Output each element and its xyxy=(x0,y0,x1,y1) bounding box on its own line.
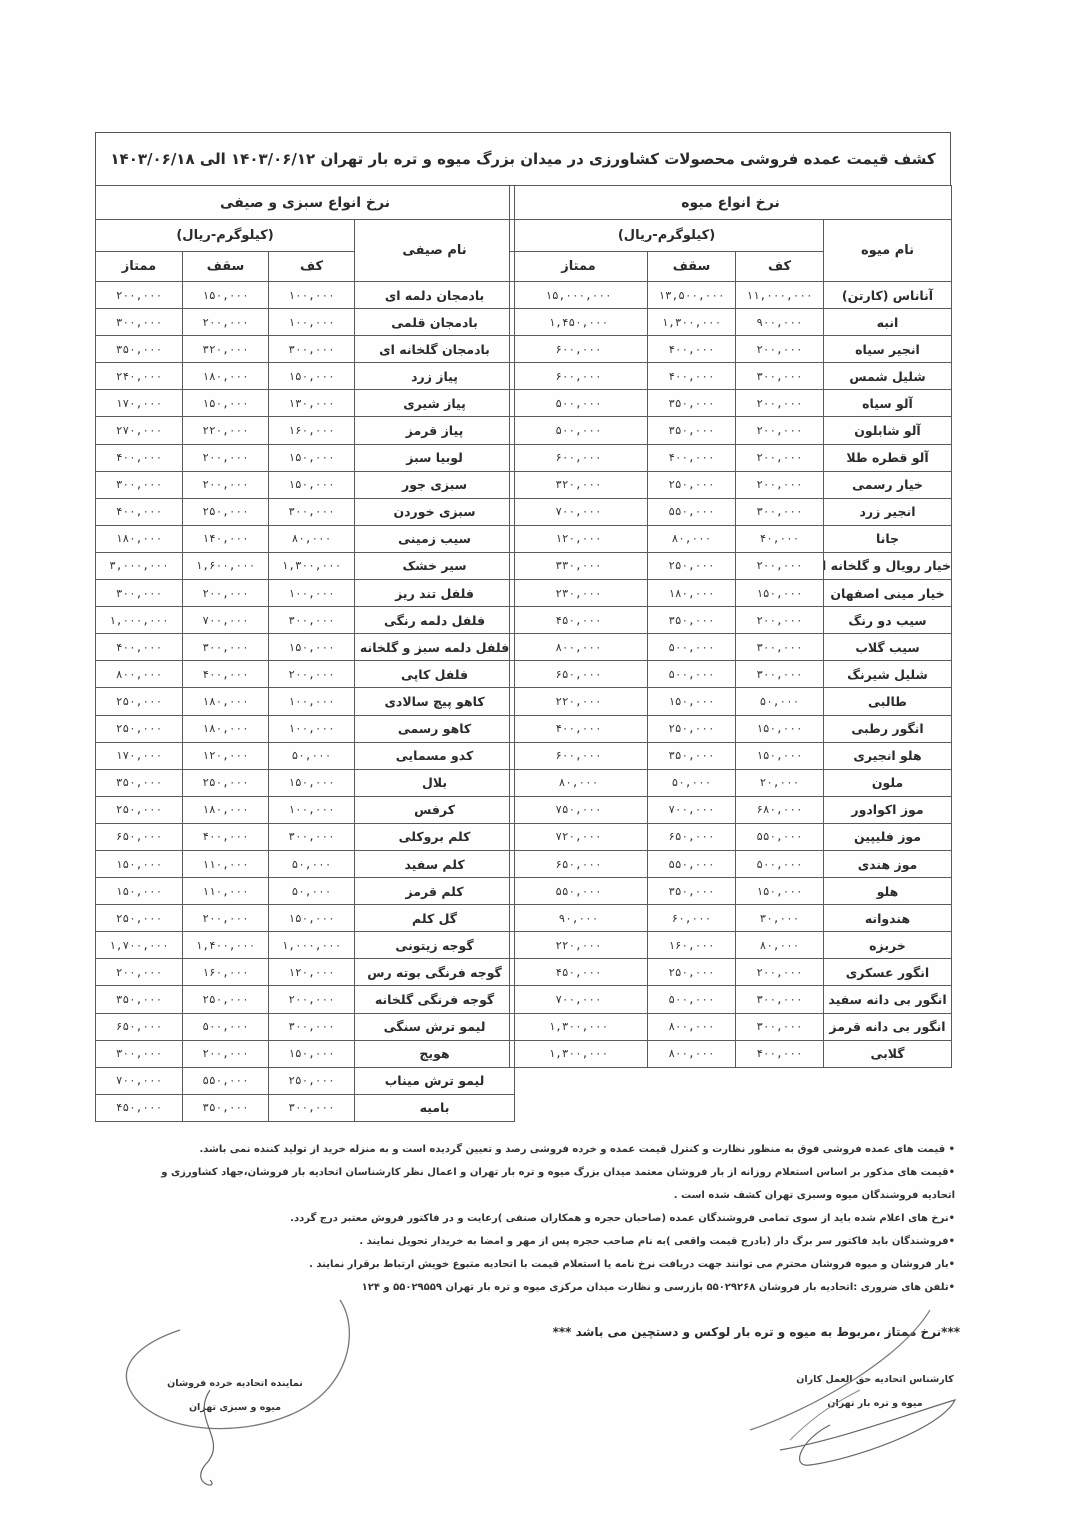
fruit-table-row: خیار مینی اصفهان۱۵۰,۰۰۰۱۸۰,۰۰۰۲۳۰,۰۰۰ xyxy=(510,580,952,607)
fruit-cell-name: موز هندی xyxy=(824,850,952,877)
veg-cell-name: سبزی جور xyxy=(355,471,515,498)
veg-cell-kaf: ۱۵۰,۰۰۰ xyxy=(269,769,355,796)
veg-cell-saqf: ۲۲۰,۰۰۰ xyxy=(183,417,269,444)
fruit-cell-momtaz: ۱,۴۵۰,۰۰۰ xyxy=(510,309,648,336)
fruit-cell-kaf: ۳۰۰,۰۰۰ xyxy=(736,634,824,661)
veg-cell-name: کرفس xyxy=(355,796,515,823)
veg-cell-momtaz: ۴۰۰,۰۰۰ xyxy=(96,444,183,471)
fruit-cell-momtaz: ۸۰,۰۰۰ xyxy=(510,769,648,796)
fruit-cell-kaf: ۳۰۰,۰۰۰ xyxy=(736,498,824,525)
fruit-table-row: سیب دو رنگ۲۰۰,۰۰۰۳۵۰,۰۰۰۴۵۰,۰۰۰ xyxy=(510,607,952,634)
veg-cell-name: فلفل دلمه رنگی xyxy=(355,607,515,634)
veg-cell-name: لوبیا سبز xyxy=(355,444,515,471)
footnotes: • قیمت های عمده فروشی فوق به منظور نظارت… xyxy=(140,1138,955,1299)
veg-cell-momtaz: ۳۰۰,۰۰۰ xyxy=(96,1040,183,1067)
veg-cell-name: گوجه زیتونی xyxy=(355,932,515,959)
fruit-cell-name: آناناس (کارتن) xyxy=(824,282,952,309)
fruit-cell-kaf: ۶۸۰,۰۰۰ xyxy=(736,796,824,823)
veg-cell-saqf: ۲۵۰,۰۰۰ xyxy=(183,498,269,525)
veg-cell-momtaz: ۲۵۰,۰۰۰ xyxy=(96,905,183,932)
fruit-cell-saqf: ۸۰,۰۰۰ xyxy=(648,525,736,552)
veg-cell-kaf: ۵۰,۰۰۰ xyxy=(269,742,355,769)
veg-section-title: نرخ انواع سبزی و صیفی xyxy=(96,186,515,220)
fruit-cell-kaf: ۹۰۰,۰۰۰ xyxy=(736,309,824,336)
fruit-cell-name: هندوانه xyxy=(824,905,952,932)
fruit-cell-name: انگور بی دانه قرمز xyxy=(824,1013,952,1040)
veg-cell-name: سیر خشک xyxy=(355,552,515,579)
vegetable-table-body: بادمجان دلمه ای۱۰۰,۰۰۰۱۵۰,۰۰۰۲۰۰,۰۰۰بادم… xyxy=(96,282,515,1122)
fruit-table-row: شلیل شیرنگ۳۰۰,۰۰۰۵۰۰,۰۰۰۶۵۰,۰۰۰ xyxy=(510,661,952,688)
veg-cell-saqf: ۱۵۰,۰۰۰ xyxy=(183,282,269,309)
veg-cell-name: بادمجان قلمی xyxy=(355,309,515,336)
premium-rate-note: ***نرخ ممتاز ،مربوط به میوه و تره بار لو… xyxy=(470,1325,960,1339)
veg-cell-saqf: ۱۶۰,۰۰۰ xyxy=(183,959,269,986)
fruit-cell-saqf: ۳۵۰,۰۰۰ xyxy=(648,390,736,417)
fruit-table-row: انگور بی دانه قرمز۳۰۰,۰۰۰۸۰۰,۰۰۰۱,۳۰۰,۰۰… xyxy=(510,1013,952,1040)
fruit-table-row: آناناس (کارتن)۱۱,۰۰۰,۰۰۰۱۳,۵۰۰,۰۰۰۱۵,۰۰۰… xyxy=(510,282,952,309)
veg-cell-momtaz: ۳۰۰,۰۰۰ xyxy=(96,471,183,498)
veg-cell-kaf: ۱۰۰,۰۰۰ xyxy=(269,580,355,607)
veg-cell-momtaz: ۸۰۰,۰۰۰ xyxy=(96,661,183,688)
fruit-cell-momtaz: ۶۰۰,۰۰۰ xyxy=(510,742,648,769)
fruit-cell-name: موز فلیپین xyxy=(824,823,952,850)
veg-cell-momtaz: ۱۷۰,۰۰۰ xyxy=(96,390,183,417)
veg-cell-saqf: ۴۰۰,۰۰۰ xyxy=(183,823,269,850)
fruit-cell-saqf: ۷۰۰,۰۰۰ xyxy=(648,796,736,823)
veg-cell-momtaz: ۶۵۰,۰۰۰ xyxy=(96,1013,183,1040)
fruit-cell-momtaz: ۶۵۰,۰۰۰ xyxy=(510,661,648,688)
veg-cell-saqf: ۳۵۰,۰۰۰ xyxy=(183,1094,269,1121)
fruit-cell-saqf: ۵۵۰,۰۰۰ xyxy=(648,498,736,525)
fruit-cell-kaf: ۳۰۰,۰۰۰ xyxy=(736,986,824,1013)
fruit-cell-momtaz: ۶۰۰,۰۰۰ xyxy=(510,336,648,363)
veg-cell-kaf: ۱,۰۰۰,۰۰۰ xyxy=(269,932,355,959)
fruit-cell-kaf: ۱۵۰,۰۰۰ xyxy=(736,715,824,742)
fruit-cell-saqf: ۴۰۰,۰۰۰ xyxy=(648,363,736,390)
note-6-phones: •تلفن های ضروری :اتحادیه بار فروشان ۵۵۰۲… xyxy=(140,1276,955,1299)
fruit-cell-kaf: ۱۵۰,۰۰۰ xyxy=(736,742,824,769)
fruit-table-row: انگور عسکری۲۰۰,۰۰۰۲۵۰,۰۰۰۴۵۰,۰۰۰ xyxy=(510,959,952,986)
fruit-cell-momtaz: ۳۳۰,۰۰۰ xyxy=(510,552,648,579)
veg-cell-saqf: ۱۸۰,۰۰۰ xyxy=(183,363,269,390)
fruit-col-momtaz: ممتاز xyxy=(510,252,648,282)
veg-table-row: پیاز شیری۱۳۰,۰۰۰۱۵۰,۰۰۰۱۷۰,۰۰۰ xyxy=(96,390,515,417)
veg-cell-name: لیمو ترش سنگی xyxy=(355,1013,515,1040)
veg-cell-saqf: ۱۸۰,۰۰۰ xyxy=(183,688,269,715)
fruit-cell-saqf: ۵۰۰,۰۰۰ xyxy=(648,661,736,688)
veg-table-row: لوبیا سبز۱۵۰,۰۰۰۲۰۰,۰۰۰۴۰۰,۰۰۰ xyxy=(96,444,515,471)
veg-cell-momtaz: ۴۰۰,۰۰۰ xyxy=(96,498,183,525)
fruit-cell-kaf: ۴۰,۰۰۰ xyxy=(736,525,824,552)
fruit-cell-momtaz: ۶۵۰,۰۰۰ xyxy=(510,850,648,877)
fruit-col-kaf: کف xyxy=(736,252,824,282)
veg-cell-momtaz: ۱,۰۰۰,۰۰۰ xyxy=(96,607,183,634)
fruit-cell-saqf: ۵۰۰,۰۰۰ xyxy=(648,634,736,661)
fruit-cell-name: شلیل شمس xyxy=(824,363,952,390)
veg-cell-kaf: ۵۰,۰۰۰ xyxy=(269,878,355,905)
fruit-cell-kaf: ۸۰,۰۰۰ xyxy=(736,932,824,959)
signature-left-line-2: میوه و سبزی تهران xyxy=(160,1396,310,1420)
veg-cell-kaf: ۱۳۰,۰۰۰ xyxy=(269,390,355,417)
veg-table-row: بادمجان گلخانه ای۳۰۰,۰۰۰۳۲۰,۰۰۰۳۵۰,۰۰۰ xyxy=(96,336,515,363)
veg-cell-momtaz: ۱,۷۰۰,۰۰۰ xyxy=(96,932,183,959)
veg-col-momtaz: ممتاز xyxy=(96,252,183,282)
veg-cell-saqf: ۱۲۰,۰۰۰ xyxy=(183,742,269,769)
veg-cell-saqf: ۲۰۰,۰۰۰ xyxy=(183,471,269,498)
veg-cell-momtaz: ۴۵۰,۰۰۰ xyxy=(96,1094,183,1121)
veg-cell-saqf: ۵۰۰,۰۰۰ xyxy=(183,1013,269,1040)
veg-cell-saqf: ۳۲۰,۰۰۰ xyxy=(183,336,269,363)
fruit-cell-name: انجیر زرد xyxy=(824,498,952,525)
veg-cell-momtaz: ۲۵۰,۰۰۰ xyxy=(96,688,183,715)
fruit-cell-kaf: ۲۰۰,۰۰۰ xyxy=(736,390,824,417)
fruit-cell-momtaz: ۲۳۰,۰۰۰ xyxy=(510,580,648,607)
veg-cell-name: سبزی خوردن xyxy=(355,498,515,525)
fruit-cell-momtaz: ۱,۳۰۰,۰۰۰ xyxy=(510,1013,648,1040)
note-5: •بار فروشان و میوه فروشان محترم می توانن… xyxy=(140,1253,955,1276)
fruit-table-row: ملون۲۰,۰۰۰۵۰,۰۰۰۸۰,۰۰۰ xyxy=(510,769,952,796)
fruit-cell-momtaz: ۷۵۰,۰۰۰ xyxy=(510,796,648,823)
veg-cell-name: بادمجان دلمه ای xyxy=(355,282,515,309)
fruit-cell-saqf: ۳۵۰,۰۰۰ xyxy=(648,878,736,905)
fruit-cell-name: هلو xyxy=(824,878,952,905)
veg-table-row: لیمو ترش میناب۲۵۰,۰۰۰۵۵۰,۰۰۰۷۰۰,۰۰۰ xyxy=(96,1067,515,1094)
fruit-table-row: خیار رویال و گلخانه ای۲۰۰,۰۰۰۲۵۰,۰۰۰۳۳۰,… xyxy=(510,552,952,579)
veg-cell-momtaz: ۱۷۰,۰۰۰ xyxy=(96,742,183,769)
fruit-cell-kaf: ۳۰۰,۰۰۰ xyxy=(736,1013,824,1040)
veg-table-row: بلال۱۵۰,۰۰۰۲۵۰,۰۰۰۳۵۰,۰۰۰ xyxy=(96,769,515,796)
veg-cell-name: هویج xyxy=(355,1040,515,1067)
veg-cell-kaf: ۳۰۰,۰۰۰ xyxy=(269,498,355,525)
fruit-cell-name: شلیل شیرنگ xyxy=(824,661,952,688)
fruit-table-row: انجیر سیاه۲۰۰,۰۰۰۴۰۰,۰۰۰۶۰۰,۰۰۰ xyxy=(510,336,952,363)
veg-cell-saqf: ۱۱۰,۰۰۰ xyxy=(183,850,269,877)
fruit-table-row: خربزه۸۰,۰۰۰۱۶۰,۰۰۰۲۲۰,۰۰۰ xyxy=(510,932,952,959)
fruit-table-row: موز هندی۵۰۰,۰۰۰۵۵۰,۰۰۰۶۵۰,۰۰۰ xyxy=(510,850,952,877)
fruit-col-saqf: سقف xyxy=(648,252,736,282)
fruit-cell-momtaz: ۱,۳۰۰,۰۰۰ xyxy=(510,1040,648,1067)
fruit-cell-momtaz: ۹۰,۰۰۰ xyxy=(510,905,648,932)
document-title: کشف قیمت عمده فروشی محصولات کشاورزی در م… xyxy=(95,132,951,186)
veg-table-row: گل کلم۱۵۰,۰۰۰۲۰۰,۰۰۰۲۵۰,۰۰۰ xyxy=(96,905,515,932)
veg-cell-saqf: ۷۰۰,۰۰۰ xyxy=(183,607,269,634)
fruit-cell-momtaz: ۴۵۰,۰۰۰ xyxy=(510,959,648,986)
veg-cell-kaf: ۱۵۰,۰۰۰ xyxy=(269,363,355,390)
fruit-cell-kaf: ۲۰۰,۰۰۰ xyxy=(736,607,824,634)
veg-cell-name: کلم سفید xyxy=(355,850,515,877)
veg-table-row: کلم سفید۵۰,۰۰۰۱۱۰,۰۰۰۱۵۰,۰۰۰ xyxy=(96,850,515,877)
veg-cell-saqf: ۲۰۰,۰۰۰ xyxy=(183,444,269,471)
fruit-cell-name: سیب دو رنگ xyxy=(824,607,952,634)
fruit-cell-saqf: ۱۶۰,۰۰۰ xyxy=(648,932,736,959)
fruit-cell-momtaz: ۲۲۰,۰۰۰ xyxy=(510,688,648,715)
veg-cell-saqf: ۱۸۰,۰۰۰ xyxy=(183,715,269,742)
veg-col-saqf: سقف xyxy=(183,252,269,282)
veg-table-row: هویج۱۵۰,۰۰۰۲۰۰,۰۰۰۳۰۰,۰۰۰ xyxy=(96,1040,515,1067)
veg-cell-name: کاهو رسمی xyxy=(355,715,515,742)
fruit-table-row: خیار رسمی۲۰۰,۰۰۰۲۵۰,۰۰۰۳۲۰,۰۰۰ xyxy=(510,471,952,498)
veg-cell-kaf: ۸۰,۰۰۰ xyxy=(269,525,355,552)
fruit-cell-momtaz: ۴۰۰,۰۰۰ xyxy=(510,715,648,742)
fruit-cell-saqf: ۲۵۰,۰۰۰ xyxy=(648,552,736,579)
fruit-table-row: هلو۱۵۰,۰۰۰۳۵۰,۰۰۰۵۵۰,۰۰۰ xyxy=(510,878,952,905)
fruit-table-row: هندوانه۳۰,۰۰۰۶۰,۰۰۰۹۰,۰۰۰ xyxy=(510,905,952,932)
fruit-cell-saqf: ۵۰,۰۰۰ xyxy=(648,769,736,796)
veg-table-row: سیر خشک۱,۳۰۰,۰۰۰۱,۶۰۰,۰۰۰۳,۰۰۰,۰۰۰ xyxy=(96,552,515,579)
veg-cell-kaf: ۱۵۰,۰۰۰ xyxy=(269,634,355,661)
veg-cell-kaf: ۱۵۰,۰۰۰ xyxy=(269,905,355,932)
note-3: •نرخ های اعلام شده باید از سوی تمامی فرو… xyxy=(140,1207,955,1230)
veg-table-row: کلم قرمز۵۰,۰۰۰۱۱۰,۰۰۰۱۵۰,۰۰۰ xyxy=(96,878,515,905)
fruit-cell-name: موز اکوادور xyxy=(824,796,952,823)
veg-cell-name: پیاز شیری xyxy=(355,390,515,417)
veg-cell-name: کلم بروکلی xyxy=(355,823,515,850)
veg-table-row: کاهو پیچ سالادی۱۰۰,۰۰۰۱۸۰,۰۰۰۲۵۰,۰۰۰ xyxy=(96,688,515,715)
fruit-section-title: نرخ انواع میوه xyxy=(510,186,952,220)
fruit-cell-saqf: ۳۵۰,۰۰۰ xyxy=(648,607,736,634)
veg-cell-name: کاهو پیچ سالادی xyxy=(355,688,515,715)
veg-cell-saqf: ۲۰۰,۰۰۰ xyxy=(183,905,269,932)
fruit-table-row: انبه۹۰۰,۰۰۰۱,۳۰۰,۰۰۰۱,۴۵۰,۰۰۰ xyxy=(510,309,952,336)
veg-cell-name: سیب زمینی xyxy=(355,525,515,552)
veg-cell-kaf: ۱۵۰,۰۰۰ xyxy=(269,1040,355,1067)
fruit-cell-momtaz: ۴۵۰,۰۰۰ xyxy=(510,607,648,634)
fruit-cell-kaf: ۲۰۰,۰۰۰ xyxy=(736,444,824,471)
veg-cell-momtaz: ۷۰۰,۰۰۰ xyxy=(96,1067,183,1094)
fruit-cell-name: طالبی xyxy=(824,688,952,715)
veg-cell-kaf: ۱۰۰,۰۰۰ xyxy=(269,282,355,309)
fruit-cell-momtaz: ۵۰۰,۰۰۰ xyxy=(510,390,648,417)
fruit-cell-kaf: ۳۰۰,۰۰۰ xyxy=(736,363,824,390)
fruit-cell-saqf: ۸۰۰,۰۰۰ xyxy=(648,1040,736,1067)
fruit-table-row: انجیر زرد۳۰۰,۰۰۰۵۵۰,۰۰۰۷۰۰,۰۰۰ xyxy=(510,498,952,525)
veg-table-row: گوجه فرنگی بوته رس۱۲۰,۰۰۰۱۶۰,۰۰۰۲۰۰,۰۰۰ xyxy=(96,959,515,986)
veg-cell-kaf: ۱۵۰,۰۰۰ xyxy=(269,444,355,471)
fruit-cell-name: آلو قطره طلا xyxy=(824,444,952,471)
fruit-cell-saqf: ۶۵۰,۰۰۰ xyxy=(648,823,736,850)
veg-cell-kaf: ۱,۳۰۰,۰۰۰ xyxy=(269,552,355,579)
veg-table-row: فلفل دلمه رنگی۳۰۰,۰۰۰۷۰۰,۰۰۰۱,۰۰۰,۰۰۰ xyxy=(96,607,515,634)
veg-cell-momtaz: ۲۷۰,۰۰۰ xyxy=(96,417,183,444)
note-2: •قیمت های مذکور بر اساس استعلام روزانه ا… xyxy=(140,1161,955,1207)
fruit-cell-saqf: ۴۰۰,۰۰۰ xyxy=(648,444,736,471)
veg-cell-saqf: ۲۵۰,۰۰۰ xyxy=(183,769,269,796)
veg-cell-name: فلفل کاپی xyxy=(355,661,515,688)
veg-name-header: نام صیفی xyxy=(355,220,515,282)
veg-cell-momtaz: ۳۰۰,۰۰۰ xyxy=(96,580,183,607)
fruit-cell-saqf: ۲۵۰,۰۰۰ xyxy=(648,959,736,986)
fruit-cell-name: خیار رسمی xyxy=(824,471,952,498)
fruit-cell-saqf: ۲۵۰,۰۰۰ xyxy=(648,715,736,742)
fruit-cell-name: خیار مینی اصفهان xyxy=(824,580,952,607)
fruit-table-row: آلو قطره طلا۲۰۰,۰۰۰۴۰۰,۰۰۰۶۰۰,۰۰۰ xyxy=(510,444,952,471)
fruit-cell-kaf: ۲۰۰,۰۰۰ xyxy=(736,471,824,498)
veg-table-row: فلفل کاپی۲۰۰,۰۰۰۴۰۰,۰۰۰۸۰۰,۰۰۰ xyxy=(96,661,515,688)
fruit-cell-name: سیب گلاب xyxy=(824,634,952,661)
veg-cell-momtaz: ۲۰۰,۰۰۰ xyxy=(96,959,183,986)
fruit-table-row: آلو شابلون۲۰۰,۰۰۰۳۵۰,۰۰۰۵۰۰,۰۰۰ xyxy=(510,417,952,444)
fruit-cell-saqf: ۸۰۰,۰۰۰ xyxy=(648,1013,736,1040)
veg-table-row: فلفل دلمه سبز و گلخانه۱۵۰,۰۰۰۳۰۰,۰۰۰۴۰۰,… xyxy=(96,634,515,661)
veg-table-row: بادمجان قلمی۱۰۰,۰۰۰۲۰۰,۰۰۰۳۰۰,۰۰۰ xyxy=(96,309,515,336)
fruit-cell-kaf: ۲۰۰,۰۰۰ xyxy=(736,417,824,444)
veg-cell-name: لیمو ترش میناب xyxy=(355,1067,515,1094)
fruit-table-row: انگور رطبی۱۵۰,۰۰۰۲۵۰,۰۰۰۴۰۰,۰۰۰ xyxy=(510,715,952,742)
fruit-cell-saqf: ۱۸۰,۰۰۰ xyxy=(648,580,736,607)
fruit-cell-momtaz: ۵۵۰,۰۰۰ xyxy=(510,878,648,905)
veg-cell-momtaz: ۳۵۰,۰۰۰ xyxy=(96,336,183,363)
fruit-cell-kaf: ۵۵۰,۰۰۰ xyxy=(736,823,824,850)
fruit-cell-name: خربزه xyxy=(824,932,952,959)
fruit-cell-name: آلو سیاه xyxy=(824,390,952,417)
price-list-document: کشف قیمت عمده فروشی محصولات کشاورزی در م… xyxy=(0,0,1080,1527)
veg-cell-saqf: ۱۸۰,۰۰۰ xyxy=(183,796,269,823)
veg-cell-name: بادمجان گلخانه ای xyxy=(355,336,515,363)
veg-cell-name: فلفل تند ریز xyxy=(355,580,515,607)
fruit-cell-momtaz: ۲۲۰,۰۰۰ xyxy=(510,932,648,959)
veg-cell-momtaz: ۱۸۰,۰۰۰ xyxy=(96,525,183,552)
veg-cell-name: کلم قرمز xyxy=(355,878,515,905)
fruit-cell-kaf: ۵۰,۰۰۰ xyxy=(736,688,824,715)
fruit-cell-saqf: ۲۵۰,۰۰۰ xyxy=(648,471,736,498)
signature-left-line-1: نماینده اتحادیه خرده فروشان xyxy=(160,1372,310,1396)
fruit-cell-kaf: ۲۰,۰۰۰ xyxy=(736,769,824,796)
fruit-table-row: انگور بی دانه سفید۳۰۰,۰۰۰۵۰۰,۰۰۰۷۰۰,۰۰۰ xyxy=(510,986,952,1013)
fruit-cell-name: جانا xyxy=(824,525,952,552)
fruit-cell-momtaz: ۶۰۰,۰۰۰ xyxy=(510,363,648,390)
fruit-cell-kaf: ۴۰۰,۰۰۰ xyxy=(736,1040,824,1067)
veg-cell-kaf: ۱۰۰,۰۰۰ xyxy=(269,309,355,336)
veg-table-row: کاهو رسمی۱۰۰,۰۰۰۱۸۰,۰۰۰۲۵۰,۰۰۰ xyxy=(96,715,515,742)
fruit-cell-name: ملون xyxy=(824,769,952,796)
veg-cell-momtaz: ۲۵۰,۰۰۰ xyxy=(96,715,183,742)
veg-cell-momtaz: ۳,۰۰۰,۰۰۰ xyxy=(96,552,183,579)
fruit-cell-saqf: ۳۵۰,۰۰۰ xyxy=(648,417,736,444)
veg-table-row: کدو مسمایی۵۰,۰۰۰۱۲۰,۰۰۰۱۷۰,۰۰۰ xyxy=(96,742,515,769)
veg-cell-saqf: ۵۵۰,۰۰۰ xyxy=(183,1067,269,1094)
veg-cell-kaf: ۱۲۰,۰۰۰ xyxy=(269,959,355,986)
fruit-cell-kaf: ۱۵۰,۰۰۰ xyxy=(736,580,824,607)
veg-cell-kaf: ۳۰۰,۰۰۰ xyxy=(269,1013,355,1040)
fruit-cell-saqf: ۳۵۰,۰۰۰ xyxy=(648,742,736,769)
veg-table-row: گوجه زیتونی۱,۰۰۰,۰۰۰۱,۴۰۰,۰۰۰۱,۷۰۰,۰۰۰ xyxy=(96,932,515,959)
signature-right: کارشناس اتحادیه حق العمل کاران میوه و تر… xyxy=(790,1368,960,1416)
veg-cell-saqf: ۲۰۰,۰۰۰ xyxy=(183,309,269,336)
veg-cell-momtaz: ۱۵۰,۰۰۰ xyxy=(96,878,183,905)
veg-cell-saqf: ۳۰۰,۰۰۰ xyxy=(183,634,269,661)
fruit-cell-name: انگور رطبی xyxy=(824,715,952,742)
fruit-table-row: گلابی۴۰۰,۰۰۰۸۰۰,۰۰۰۱,۳۰۰,۰۰۰ xyxy=(510,1040,952,1067)
fruit-cell-momtaz: ۷۰۰,۰۰۰ xyxy=(510,986,648,1013)
fruit-cell-kaf: ۳۰,۰۰۰ xyxy=(736,905,824,932)
fruit-cell-kaf: ۲۰۰,۰۰۰ xyxy=(736,959,824,986)
veg-cell-saqf: ۱۱۰,۰۰۰ xyxy=(183,878,269,905)
fruit-cell-momtaz: ۵۰۰,۰۰۰ xyxy=(510,417,648,444)
fruit-cell-name: انگور بی دانه سفید xyxy=(824,986,952,1013)
fruit-cell-momtaz: ۸۰۰,۰۰۰ xyxy=(510,634,648,661)
signature-right-line-1: کارشناس اتحادیه حق العمل کاران xyxy=(790,1368,960,1392)
veg-cell-kaf: ۱۵۰,۰۰۰ xyxy=(269,471,355,498)
veg-cell-momtaz: ۳۵۰,۰۰۰ xyxy=(96,769,183,796)
veg-cell-momtaz: ۳۰۰,۰۰۰ xyxy=(96,309,183,336)
veg-cell-kaf: ۱۶۰,۰۰۰ xyxy=(269,417,355,444)
fruit-table-row: جانا۴۰,۰۰۰۸۰,۰۰۰۱۲۰,۰۰۰ xyxy=(510,525,952,552)
veg-cell-saqf: ۱,۴۰۰,۰۰۰ xyxy=(183,932,269,959)
fruit-name-header: نام میوه xyxy=(824,220,952,282)
veg-cell-name: بلال xyxy=(355,769,515,796)
fruit-cell-momtaz: ۶۰۰,۰۰۰ xyxy=(510,444,648,471)
veg-cell-kaf: ۵۰,۰۰۰ xyxy=(269,850,355,877)
veg-cell-kaf: ۳۰۰,۰۰۰ xyxy=(269,823,355,850)
veg-cell-kaf: ۱۰۰,۰۰۰ xyxy=(269,796,355,823)
veg-table-row: پیاز زرد۱۵۰,۰۰۰۱۸۰,۰۰۰۲۴۰,۰۰۰ xyxy=(96,363,515,390)
veg-table-row: سبزی جور۱۵۰,۰۰۰۲۰۰,۰۰۰۳۰۰,۰۰۰ xyxy=(96,471,515,498)
veg-table-row: لیمو ترش سنگی۳۰۰,۰۰۰۵۰۰,۰۰۰۶۵۰,۰۰۰ xyxy=(96,1013,515,1040)
fruit-cell-saqf: ۱۳,۵۰۰,۰۰۰ xyxy=(648,282,736,309)
fruit-table-row: شلیل شمس۳۰۰,۰۰۰۴۰۰,۰۰۰۶۰۰,۰۰۰ xyxy=(510,363,952,390)
veg-table-row: کلم بروکلی۳۰۰,۰۰۰۴۰۰,۰۰۰۶۵۰,۰۰۰ xyxy=(96,823,515,850)
fruit-cell-name: هلو انجیری xyxy=(824,742,952,769)
fruit-cell-momtaz: ۱۲۰,۰۰۰ xyxy=(510,525,648,552)
veg-table-row: سیب زمینی۸۰,۰۰۰۱۴۰,۰۰۰۱۸۰,۰۰۰ xyxy=(96,525,515,552)
fruit-table-body: آناناس (کارتن)۱۱,۰۰۰,۰۰۰۱۳,۵۰۰,۰۰۰۱۵,۰۰۰… xyxy=(510,282,952,1068)
fruit-table-row: موز فلیپین۵۵۰,۰۰۰۶۵۰,۰۰۰۷۲۰,۰۰۰ xyxy=(510,823,952,850)
fruit-cell-momtaz: ۳۲۰,۰۰۰ xyxy=(510,471,648,498)
fruit-table-row: موز اکوادور۶۸۰,۰۰۰۷۰۰,۰۰۰۷۵۰,۰۰۰ xyxy=(510,796,952,823)
fruit-cell-name: انگور عسکری xyxy=(824,959,952,986)
veg-cell-kaf: ۳۰۰,۰۰۰ xyxy=(269,336,355,363)
fruit-cell-kaf: ۵۰۰,۰۰۰ xyxy=(736,850,824,877)
fruit-cell-saqf: ۵۰۰,۰۰۰ xyxy=(648,986,736,1013)
fruit-cell-saqf: ۱,۳۰۰,۰۰۰ xyxy=(648,309,736,336)
veg-table-row: فلفل تند ریز۱۰۰,۰۰۰۲۰۰,۰۰۰۳۰۰,۰۰۰ xyxy=(96,580,515,607)
fruit-cell-saqf: ۵۵۰,۰۰۰ xyxy=(648,850,736,877)
fruit-table-row: هلو انجیری۱۵۰,۰۰۰۳۵۰,۰۰۰۶۰۰,۰۰۰ xyxy=(510,742,952,769)
veg-cell-momtaz: ۳۵۰,۰۰۰ xyxy=(96,986,183,1013)
veg-cell-saqf: ۲۵۰,۰۰۰ xyxy=(183,986,269,1013)
fruit-unit-header: (کیلوگرم-ریال) xyxy=(510,220,824,252)
veg-cell-saqf: ۴۰۰,۰۰۰ xyxy=(183,661,269,688)
veg-cell-kaf: ۳۰۰,۰۰۰ xyxy=(269,1094,355,1121)
fruit-cell-name: انبه xyxy=(824,309,952,336)
fruit-table-row: سیب گلاب۳۰۰,۰۰۰۵۰۰,۰۰۰۸۰۰,۰۰۰ xyxy=(510,634,952,661)
veg-cell-kaf: ۱۰۰,۰۰۰ xyxy=(269,688,355,715)
veg-cell-momtaz: ۲۰۰,۰۰۰ xyxy=(96,282,183,309)
fruit-cell-name: گلابی xyxy=(824,1040,952,1067)
veg-cell-name: پیاز قرمز xyxy=(355,417,515,444)
fruit-price-table: نرخ انواع میوه نام میوه (کیلوگرم-ریال) ک… xyxy=(509,185,952,1068)
fruit-cell-kaf: ۱۵۰,۰۰۰ xyxy=(736,878,824,905)
fruit-cell-momtaz: ۷۲۰,۰۰۰ xyxy=(510,823,648,850)
veg-cell-saqf: ۲۰۰,۰۰۰ xyxy=(183,580,269,607)
veg-cell-saqf: ۱۵۰,۰۰۰ xyxy=(183,390,269,417)
fruit-table-row: آلو سیاه۲۰۰,۰۰۰۳۵۰,۰۰۰۵۰۰,۰۰۰ xyxy=(510,390,952,417)
fruit-cell-kaf: ۲۰۰,۰۰۰ xyxy=(736,552,824,579)
veg-cell-name: گوجه فرنگی گلخانه xyxy=(355,986,515,1013)
veg-table-row: سبزی خوردن۳۰۰,۰۰۰۲۵۰,۰۰۰۴۰۰,۰۰۰ xyxy=(96,498,515,525)
veg-cell-saqf: ۱۴۰,۰۰۰ xyxy=(183,525,269,552)
fruit-cell-saqf: ۴۰۰,۰۰۰ xyxy=(648,336,736,363)
fruit-cell-name: آلو شابلون xyxy=(824,417,952,444)
veg-table-row: کرفس۱۰۰,۰۰۰۱۸۰,۰۰۰۲۵۰,۰۰۰ xyxy=(96,796,515,823)
veg-table-row: بادمجان دلمه ای۱۰۰,۰۰۰۱۵۰,۰۰۰۲۰۰,۰۰۰ xyxy=(96,282,515,309)
veg-table-row: بامیه۳۰۰,۰۰۰۳۵۰,۰۰۰۴۵۰,۰۰۰ xyxy=(96,1094,515,1121)
veg-cell-name: پیاز زرد xyxy=(355,363,515,390)
fruit-cell-name: خیار رویال و گلخانه ای xyxy=(824,552,952,579)
fruit-cell-saqf: ۱۵۰,۰۰۰ xyxy=(648,688,736,715)
veg-cell-momtaz: ۴۰۰,۰۰۰ xyxy=(96,634,183,661)
veg-cell-kaf: ۲۰۰,۰۰۰ xyxy=(269,986,355,1013)
